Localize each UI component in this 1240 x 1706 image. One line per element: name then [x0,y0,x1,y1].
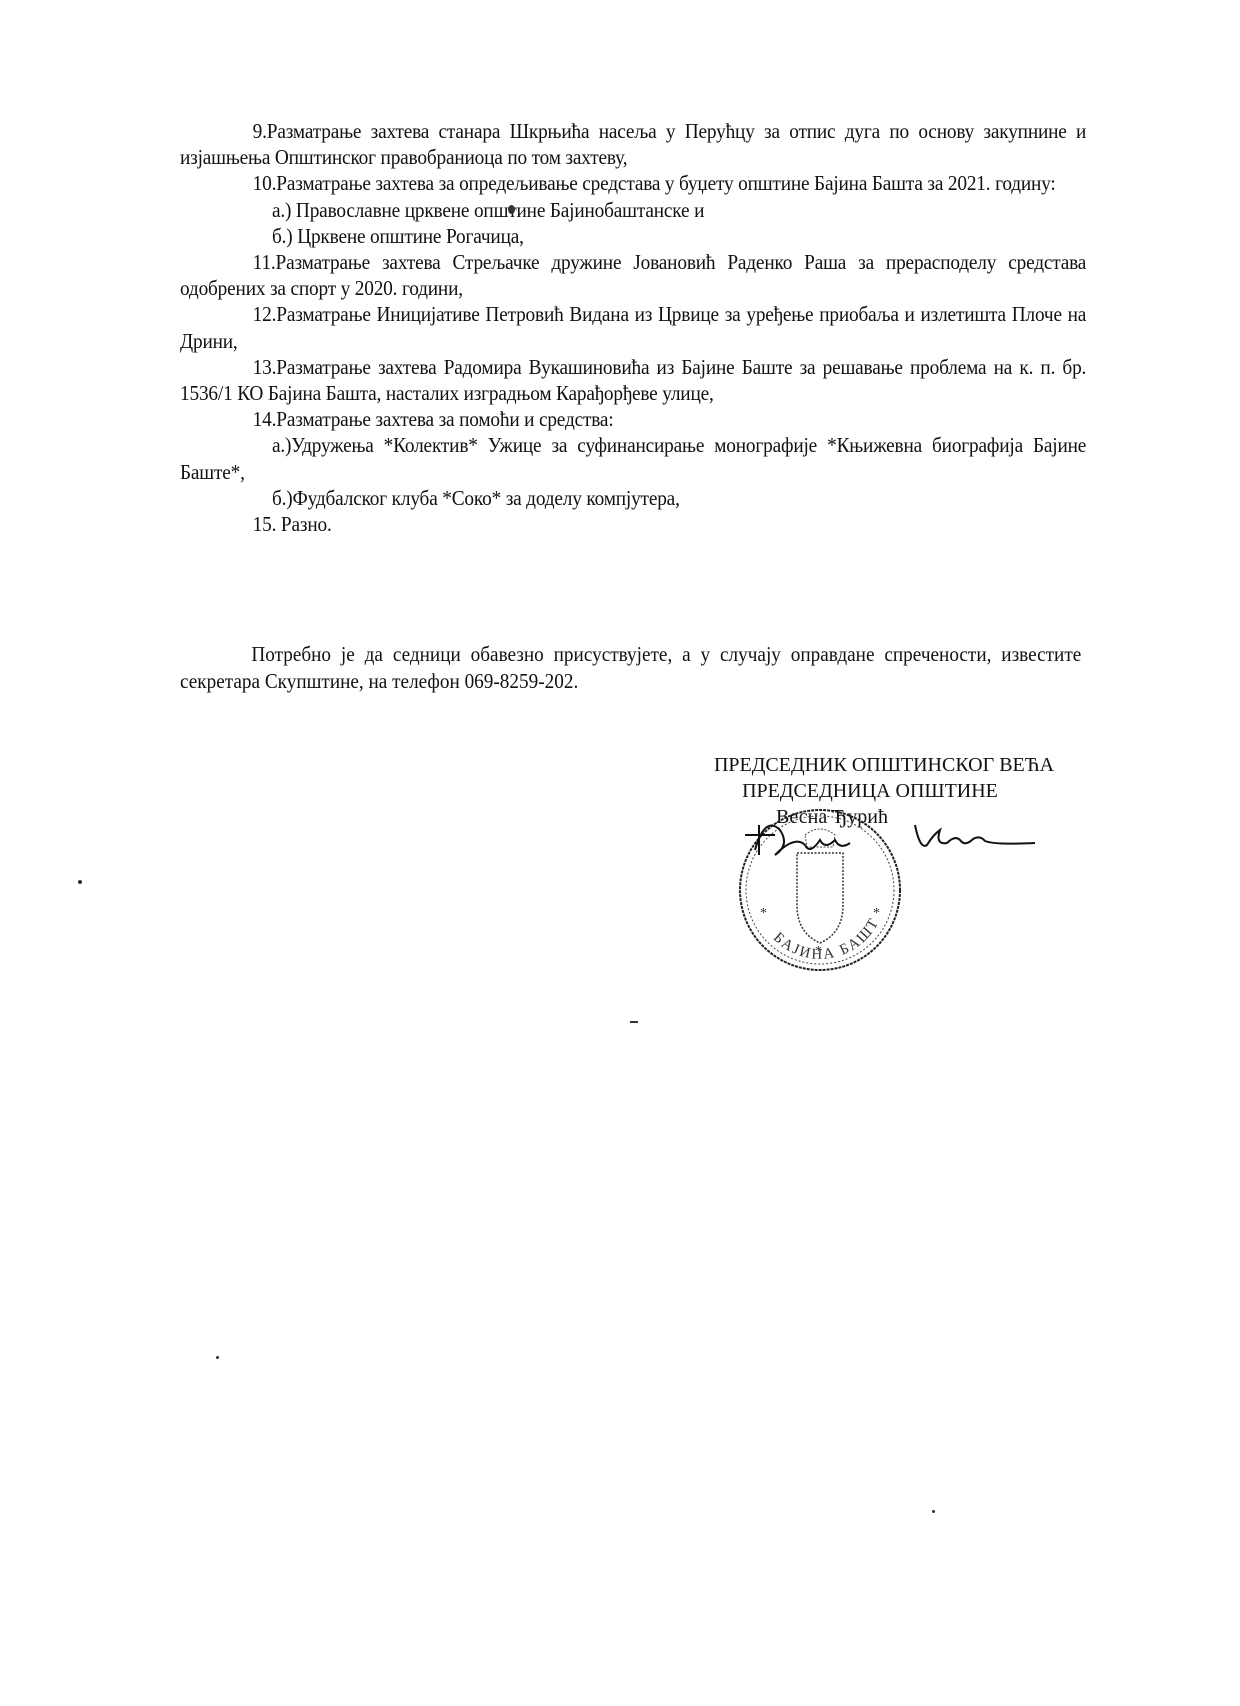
agenda-item-10b: б.) Црквене општине Рогачица, [180,223,1014,249]
agenda-item-10: 10.Разматрање захтева за опредељивање ср… [180,170,1086,196]
agenda-item-10a: а.) Православне црквене општине Бајиноба… [180,197,1014,223]
scanned-document-page: 9.Разматрање захтева станара Шкрњића нас… [0,0,1240,1706]
scan-speck [78,880,82,884]
agenda-list: 9.Разматрање захтева станара Шкрњића нас… [180,118,1014,537]
scan-speck [508,205,515,214]
signatory-title-2: ПРЕДСЕДНИЦА ОПШТИНЕ [640,778,1100,804]
agenda-item-15: 15. Разно. [180,511,1086,537]
handwritten-signature-icon [735,805,1055,885]
agenda-item-14b: б.)Фудбалског клуба *Соко* за доделу ком… [180,485,1014,511]
agenda-item-9: 9.Разматрање захтева станара Шкрњића нас… [180,118,1086,170]
agenda-item-11: 11.Разматрање захтева Стрељачке дружине … [180,249,1086,301]
svg-text:*: * [760,906,767,921]
scan-speck [932,1510,935,1513]
scan-speck [216,1356,219,1359]
signatory-title-1: ПРЕДСЕДНИК ОПШТИНСКОГ ВЕЋА [654,752,1114,778]
closing-note: Потребно је да седници обавезно присуств… [180,641,1081,695]
agenda-item-14: 14.Разматрање захтева за помоћи и средст… [180,406,1086,432]
agenda-item-14a: а.)Удружења *Колектив* Ужице за суфинанс… [180,432,1086,484]
scan-speck [630,1021,638,1023]
agenda-item-12: 12.Разматрање Иницијативе Петровић Видан… [180,301,1086,353]
agenda-item-13: 13.Разматрање захтева Радомира Вукашинов… [180,354,1086,406]
